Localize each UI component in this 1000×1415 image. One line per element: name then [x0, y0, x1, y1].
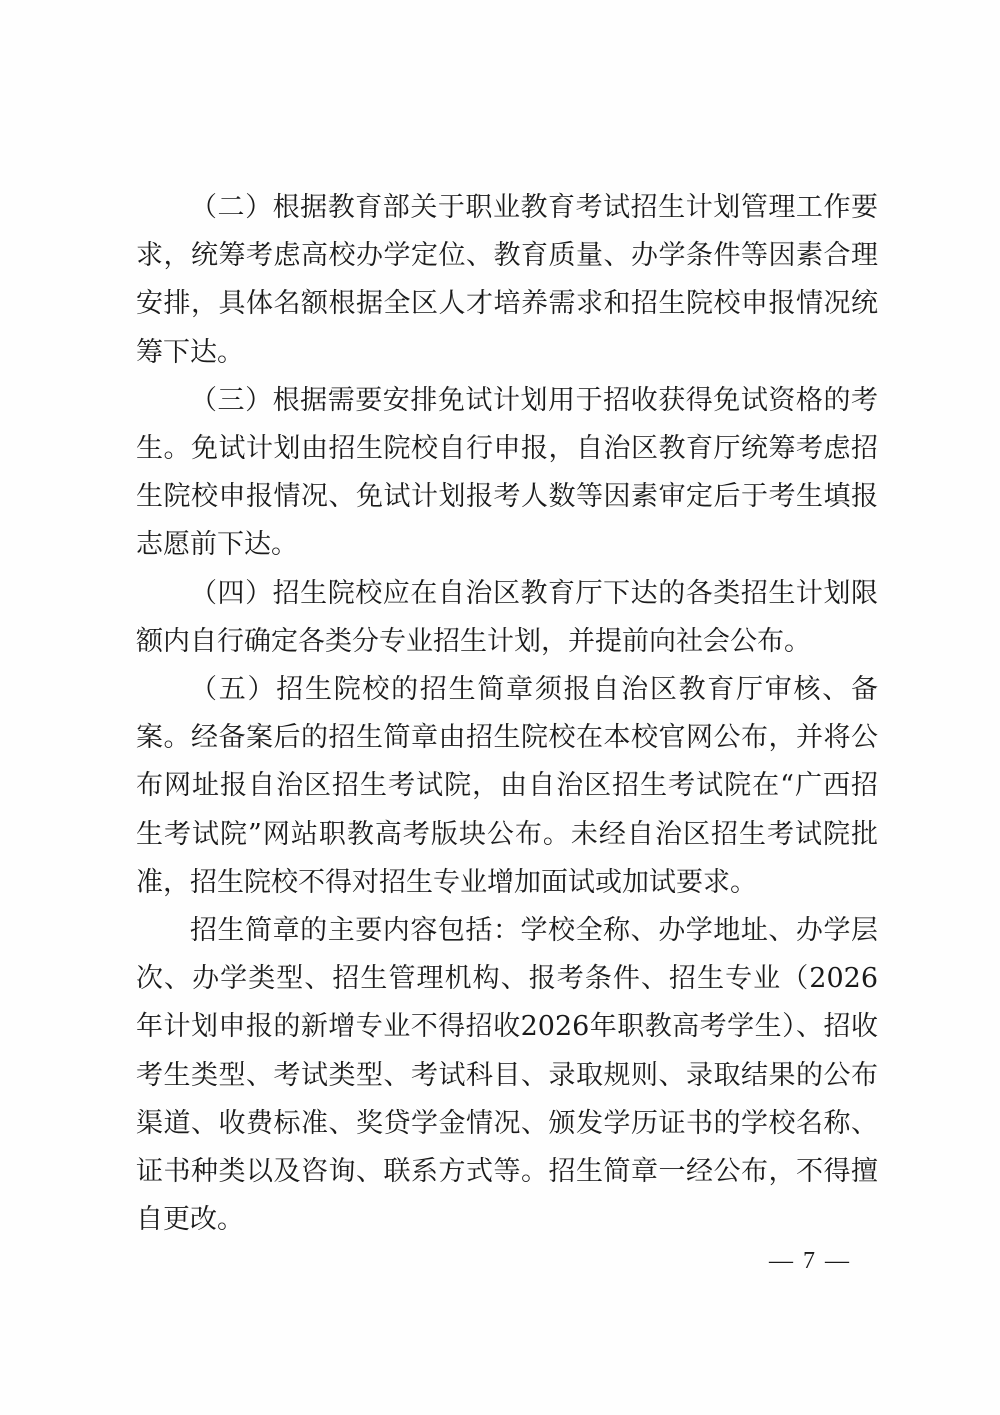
- paragraph-item-2: （二）根据教育部关于职业教育考试招生计划管理工作要求，统筹考虑高校办学定位、教育…: [136, 184, 878, 377]
- paragraph-item-4: （四）招生院校应在自治区教育厅下达的各类招生计划限额内自行确定各类分专业招生计划…: [136, 570, 878, 666]
- page-number: — 7 —: [760, 1248, 860, 1275]
- document-page: （二）根据教育部关于职业教育考试招生计划管理工作要求，统筹考虑高校办学定位、教育…: [0, 0, 1000, 1415]
- paragraph-brochure-contents: 招生简章的主要内容包括：学校全称、办学地址、办学层次、办学类型、招生管理机构、报…: [136, 907, 878, 1244]
- paragraph-item-3: （三）根据需要安排免试计划用于招收获得免试资格的考生。免试计划由招生院校自行申报…: [136, 377, 878, 570]
- document-body: （二）根据教育部关于职业教育考试招生计划管理工作要求，统筹考虑高校办学定位、教育…: [136, 184, 878, 1244]
- paragraph-item-5: （五）招生院校的招生简章须报自治区教育厅审核、备案。经备案后的招生简章由招生院校…: [136, 666, 878, 907]
